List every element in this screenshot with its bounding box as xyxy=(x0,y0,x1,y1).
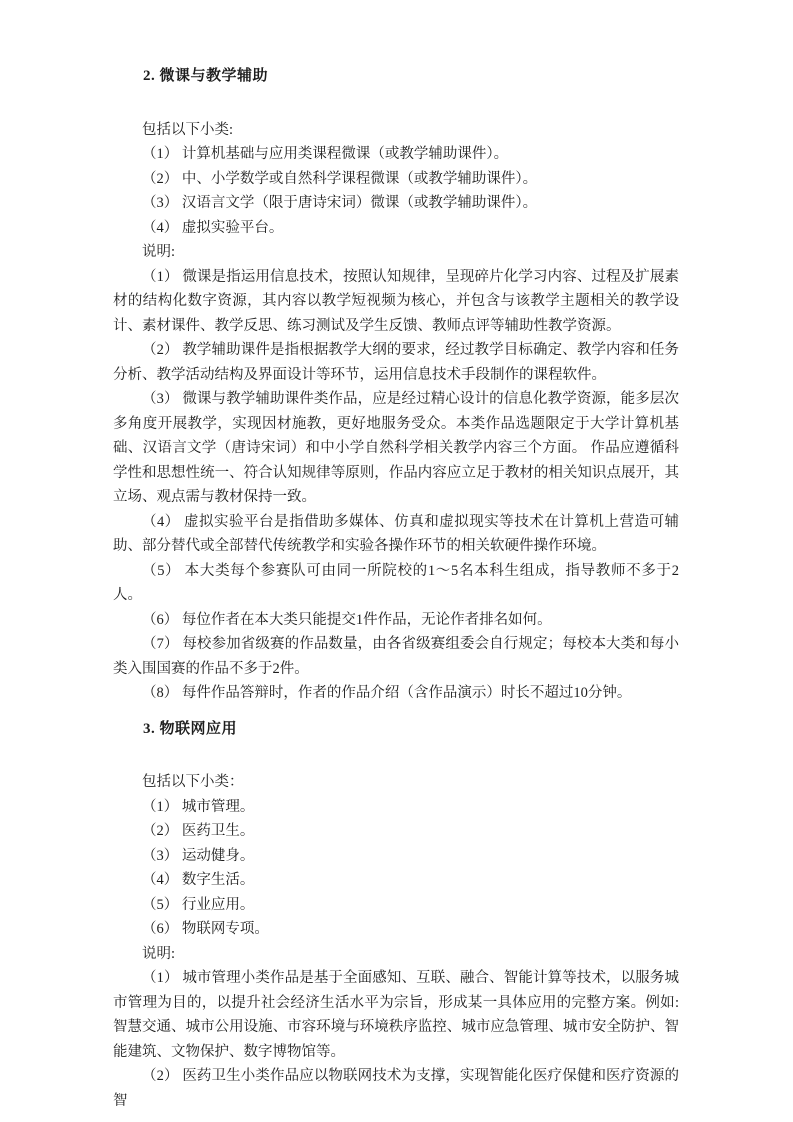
intro-line: 包括以下小类: xyxy=(113,118,679,143)
note-paragraph: （3） 微课与教学辅助课件类作品，应是经过精心设计的信息化教学资源，能多层次多角… xyxy=(113,387,679,510)
intro-line: 包括以下小类： xyxy=(113,770,679,795)
note-paragraph: （2） 医药卫生小类作品应以物联网技术为支撑，实现智能化医疗保健和医疗资源的智 xyxy=(113,1064,679,1113)
note-paragraph: （2） 教学辅助课件是指根据教学大纲的要求，经过教学目标确定、教学内容和任务分析… xyxy=(113,338,679,387)
note-paragraph: （4） 虚拟实验平台是指借助多媒体、仿真和虚拟现实等技术在计算机上营造可辅助、部… xyxy=(113,510,679,559)
note-paragraph: （7） 每校参加省级赛的作品数量，由各省级赛组委会自行规定；每校本大类和每小类入… xyxy=(113,632,679,681)
notes-label: 说明: xyxy=(113,942,679,967)
list-item: （3） 汉语言文学（限于唐诗宋词）微课（或教学辅助课件）。 xyxy=(113,191,679,216)
note-paragraph: （5） 本大类每个参赛队可由同一所院校的1～5名本科生组成，指导教师不多于2人。 xyxy=(113,559,679,608)
note-paragraph: （1） 微课是指运用信息技术，按照认知规律，呈现碎片化学习内容、过程及扩展素材的… xyxy=(113,265,679,339)
notes-label: 说明: xyxy=(113,240,679,265)
section: 3. 物联网应用包括以下小类：（1） 城市管理。（2） 医药卫生。（3） 运动健… xyxy=(113,717,679,1114)
list-item: （5） 行业应用。 xyxy=(113,893,679,918)
list-item: （6） 物联网专项。 xyxy=(113,917,679,942)
list-item: （4） 数字生活。 xyxy=(113,868,679,893)
list-item: （3） 运动健身。 xyxy=(113,844,679,869)
section: 2. 微课与教学辅助包括以下小类:（1） 计算机基础与应用类课程微课（或教学辅助… xyxy=(113,64,679,706)
section-heading: 3. 物联网应用 xyxy=(113,717,679,742)
note-paragraph: （8） 每件作品答辩时，作者的作品介绍（含作品演示）时长不超过10分钟。 xyxy=(113,681,679,706)
list-item: （2） 中、小学数学或自然科学课程微课（或教学辅助课件）。 xyxy=(113,167,679,192)
list-item: （2） 医药卫生。 xyxy=(113,819,679,844)
note-paragraph: （6） 每位作者在本大类只能提交1件作品，无论作者排名如何。 xyxy=(113,608,679,633)
list-item: （1） 计算机基础与应用类课程微课（或教学辅助课件）。 xyxy=(113,142,679,167)
note-paragraph: （1） 城市管理小类作品是基于全面感知、互联、融合、智能计算等技术，以服务城市管… xyxy=(113,966,679,1064)
section-heading: 2. 微课与教学辅助 xyxy=(113,64,679,89)
document-page: 2. 微课与教学辅助包括以下小类:（1） 计算机基础与应用类课程微课（或教学辅助… xyxy=(0,0,793,1122)
list-item: （1） 城市管理。 xyxy=(113,795,679,820)
document-content: 2. 微课与教学辅助包括以下小类:（1） 计算机基础与应用类课程微课（或教学辅助… xyxy=(113,64,679,1113)
list-item: （4） 虚拟实验平台。 xyxy=(113,216,679,241)
